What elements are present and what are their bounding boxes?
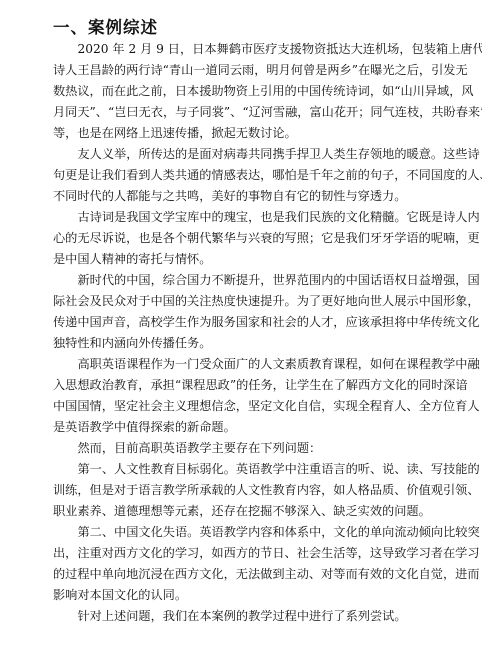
text-line: 是中国人精神的寄托与情怀。 [53,249,422,270]
text-line: 然而，目前高职英语教学主要存在下列问题： [53,438,422,459]
paragraph-9: 针对上述问题，我们在本案例的教学过程中进行了系列尝试。 [53,606,422,627]
text-line: 职业素养、道德理想等元素，还存在挖掘不够深入、缺乏实效的问题。 [53,501,422,522]
text-line: 出，注重对西方文化的学习，如西方的节日、社会生活等，这导致学习者在学习 [53,543,422,564]
text-line: 第一、人文性教育目标弱化。英语教学中注重语言的听、说、读、写技能的 [53,459,422,480]
text-line: 高职英语课程作为一门受众面广的人文素质教育课程，如何在课程教学中融 [53,354,422,375]
paragraph-3: 古诗词是我国文学宝库中的瑰宝，也是我们民族的文化精髓。它既是诗人内 心的无尽诉说… [53,207,422,270]
text-line: 不同时代的人都能与之共鸣，美好的事物自有它的韧性与穿透力。 [53,186,422,207]
paragraph-8: 第二、中国文化失语。英语教学内容和体系中，文化的单向流动倾向比较突 出，注重对西… [53,522,422,606]
text-line: 影响对本国文化的认同。 [53,585,422,606]
paragraph-2: 友人义举，所传达的是面对病毒共同携手捍卫人类生存领地的暖意。这些诗 句更是让我们… [53,144,422,207]
text-line: 心的无尽诉说，也是各个朝代繁华与兴衰的写照；它是我们牙牙学语的呢喃，更 [53,228,422,249]
text-line: 新时代的中国，综合国力不断提升，世界范围内的中国话语权日益增强，国 [53,270,422,291]
text-line: 际社会及民众对于中国的关注热度快速提升。为了更好地向世人展示中国形象， [53,291,422,312]
paragraph-7: 第一、人文性教育目标弱化。英语教学中注重语言的听、说、读、写技能的 训练，但是对… [53,459,422,522]
section-title: 一、案例综述 [53,17,422,39]
text-line: 训练，但是对于语言教学所承载的人文性教育内容，如人格品质、价值观引领、 [53,480,422,501]
text-line: 句更是让我们看到人类共通的情感表达，哪怕是千年之前的句子，不同国度的人、 [53,165,422,186]
text-line: 等，也是在网络上迅速传播，掀起无数讨论。 [53,123,422,144]
paragraph-1: 2020 年 2 月 9 日，日本舞鹤市医疗支援物资抵达大连机场，包装箱上唐代 … [53,39,422,144]
document-page: 一、案例综述 2020 年 2 月 9 日，日本舞鹤市医疗支援物资抵达大连机场，… [53,17,422,627]
text-line: 是英语教学中值得探索的新命题。 [53,417,422,438]
text-line: 友人义举，所传达的是面对病毒共同携手捍卫人类生存领地的暖意。这些诗 [53,144,422,165]
text-line: 的过程中单向地沉浸在西方文化，无法做到主动、对等而有效的文化自觉，进而 [53,564,422,585]
text-line: 第二、中国文化失语。英语教学内容和体系中，文化的单向流动倾向比较突 [53,522,422,543]
text-line: 针对上述问题，我们在本案例的教学过程中进行了系列尝试。 [53,606,422,627]
text-line: 月同天”、“岂曰无衣，与子同裳”、“辽河雪融，富山花开；同气连枝，共盼春来” [53,102,422,123]
paragraph-4: 新时代的中国，综合国力不断提升，世界范围内的中国话语权日益增强，国 际社会及民众… [53,270,422,354]
paragraph-6: 然而，目前高职英语教学主要存在下列问题： [53,438,422,459]
text-line: 传递中国声音，高校学生作为服务国家和社会的人才，应该承担将中华传统文化 [53,312,422,333]
text-line: 独特性和内涵向外传播任务。 [53,333,422,354]
text-line: 入思想政治教育，承担“课程思政”的任务，让学生在了解西方文化的同时深谙 [53,375,422,396]
text-line: 古诗词是我国文学宝库中的瑰宝，也是我们民族的文化精髓。它既是诗人内 [53,207,422,228]
text-line: 数热议，而在此之前，日本援助物资上引用的中国传统诗词，如“山川异域，风 [53,81,422,102]
paragraph-5: 高职英语课程作为一门受众面广的人文素质教育课程，如何在课程教学中融 入思想政治教… [53,354,422,438]
text-line: 2020 年 2 月 9 日，日本舞鹤市医疗支援物资抵达大连机场，包装箱上唐代 [53,39,422,60]
text-line: 中国国情，坚定社会主义理想信念，坚定文化自信，实现全程育人、全方位育人 [53,396,422,417]
text-line: 诗人王昌龄的两行诗“青山一道同云雨，明月何曾是两乡”在曝光之后，引发无 [53,60,422,81]
